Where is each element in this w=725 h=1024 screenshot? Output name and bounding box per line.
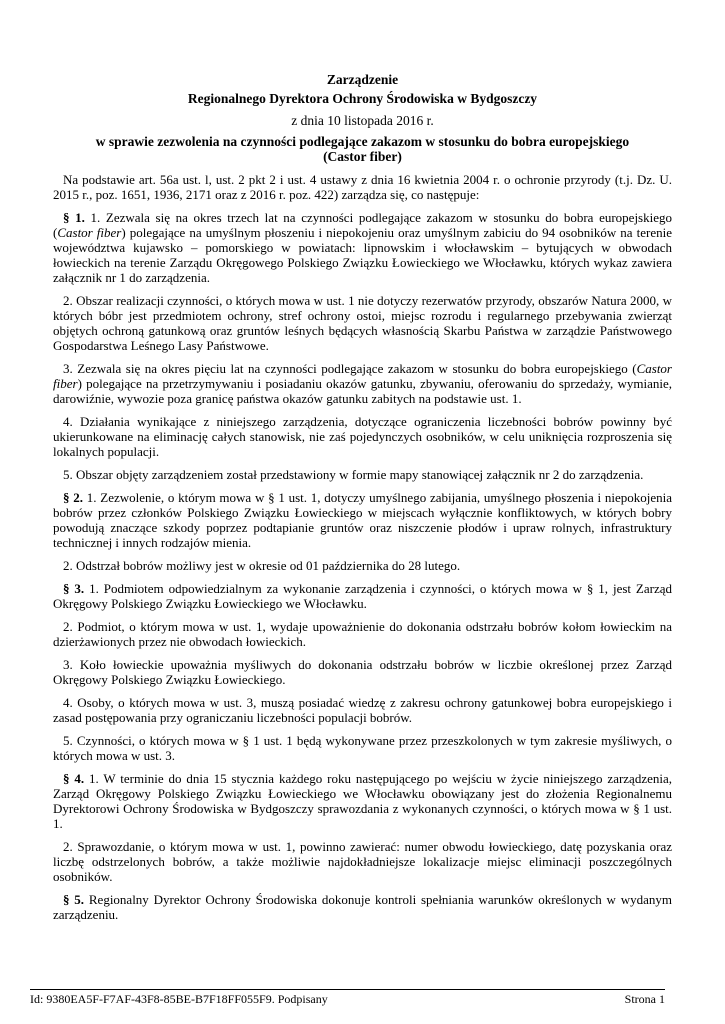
par-1-ust-3: 3. Zezwala się na okres pięciu lat na cz… <box>53 361 672 406</box>
par-3-ust-4: 4. Osoby, o których mowa w ust. 3, muszą… <box>53 695 672 725</box>
text-run: § 4. <box>63 771 89 786</box>
par-1-ust-2: 2. Obszar realizacji czynności, o któryc… <box>53 293 672 353</box>
text-run: 5. Czynności, o których mowa w § 1 ust. … <box>53 733 672 763</box>
par-1-ust-4: 4. Działania wynikające z niniejszego za… <box>53 414 672 459</box>
par-4-ust-1: § 4. 1. W terminie do dnia 15 stycznia k… <box>53 771 672 831</box>
document-subject: w sprawie zezwolenia na czynności podleg… <box>53 134 672 164</box>
text-run: 1. Zezwolenie, o którym mowa w § 1 ust. … <box>53 490 672 550</box>
text-run: 1. W terminie do dnia 15 stycznia każdeg… <box>53 771 672 831</box>
legal-basis-paragraph: Na podstawie art. 56a ust. l, ust. 2 pkt… <box>53 172 672 202</box>
document-content: Zarządzenie Regionalnego Dyrektora Ochro… <box>53 70 672 922</box>
text-run: 2. Odstrzał bobrów możliwy jest w okresi… <box>63 558 460 573</box>
text-run: § 3. <box>63 581 89 596</box>
text-run: 2. Podmiot, o którym mowa w ust. 1, wyda… <box>53 619 672 649</box>
text-run: 2. Obszar realizacji czynności, o któryc… <box>53 293 672 353</box>
par-1-ust-5: 5. Obszar objęty zarządzeniem został prz… <box>53 467 672 482</box>
par-3-ust-3: 3. Koło łowieckie upoważnia myśliwych do… <box>53 657 672 687</box>
text-run: ) polegające na umyślnym płoszeniu i nie… <box>53 225 672 285</box>
document-page: Zarządzenie Regionalnego Dyrektora Ochro… <box>0 0 725 1024</box>
text-run: 5. Obszar objęty zarządzeniem został prz… <box>63 467 643 482</box>
footer-document-id: Id: 9380EA5F-F7AF-43F8-85BE-B7F18FF055F9… <box>30 992 328 1007</box>
document-footer: Id: 9380EA5F-F7AF-43F8-85BE-B7F18FF055F9… <box>30 989 665 1007</box>
footer-page-number: Strona 1 <box>625 992 665 1007</box>
text-run: 2. Sprawozdanie, o którym mowa w ust. 1,… <box>53 839 672 884</box>
par-2-ust-2: 2. Odstrzał bobrów możliwy jest w okresi… <box>53 558 672 573</box>
document-body: Na podstawie art. 56a ust. l, ust. 2 pkt… <box>53 172 672 922</box>
text-run: 4. Osoby, o których mowa w ust. 3, muszą… <box>53 695 672 725</box>
par-2-ust-1: § 2. 1. Zezwolenie, o którym mowa w § 1 … <box>53 490 672 550</box>
document-header: Zarządzenie Regionalnego Dyrektora Ochro… <box>53 70 672 164</box>
par-3-ust-5: 5. Czynności, o których mowa w § 1 ust. … <box>53 733 672 763</box>
document-subject-line2: (Castor fiber) <box>53 149 672 164</box>
text-run: 1. Podmiotem odpowiedzialnym za wykonani… <box>53 581 672 611</box>
text-run: § 1. <box>63 210 91 225</box>
text-run: ) polegające na przetrzymywaniu i posiad… <box>53 376 672 406</box>
text-run: 3. Zezwala się na okres pięciu lat na cz… <box>63 361 637 376</box>
par-1-ust-1: § 1. 1. Zezwala się na okres trzech lat … <box>53 210 672 285</box>
par-3-ust-1: § 3. 1. Podmiotem odpowiedzialnym za wyk… <box>53 581 672 611</box>
document-title: Zarządzenie <box>53 70 672 89</box>
par-4-ust-2: 2. Sprawozdanie, o którym mowa w ust. 1,… <box>53 839 672 884</box>
text-run: 4. Działania wynikające z niniejszego za… <box>53 414 672 459</box>
document-date: z dnia 10 listopada 2016 r. <box>53 111 672 130</box>
text-run: § 2. <box>63 490 87 505</box>
issuing-authority: Regionalnego Dyrektora Ochrony Środowisk… <box>53 89 672 108</box>
text-run: § 5. <box>63 892 89 907</box>
text-run: Na podstawie art. 56a ust. l, ust. 2 pkt… <box>53 172 672 202</box>
text-run: Castor fiber <box>57 225 121 240</box>
par-5: § 5. Regionalny Dyrektor Ochrony Środowi… <box>53 892 672 922</box>
par-3-ust-2: 2. Podmiot, o którym mowa w ust. 1, wyda… <box>53 619 672 649</box>
text-run: Regionalny Dyrektor Ochrony Środowiska d… <box>53 892 672 922</box>
document-subject-line1: w sprawie zezwolenia na czynności podleg… <box>53 134 672 149</box>
text-run: 3. Koło łowieckie upoważnia myśliwych do… <box>53 657 672 687</box>
